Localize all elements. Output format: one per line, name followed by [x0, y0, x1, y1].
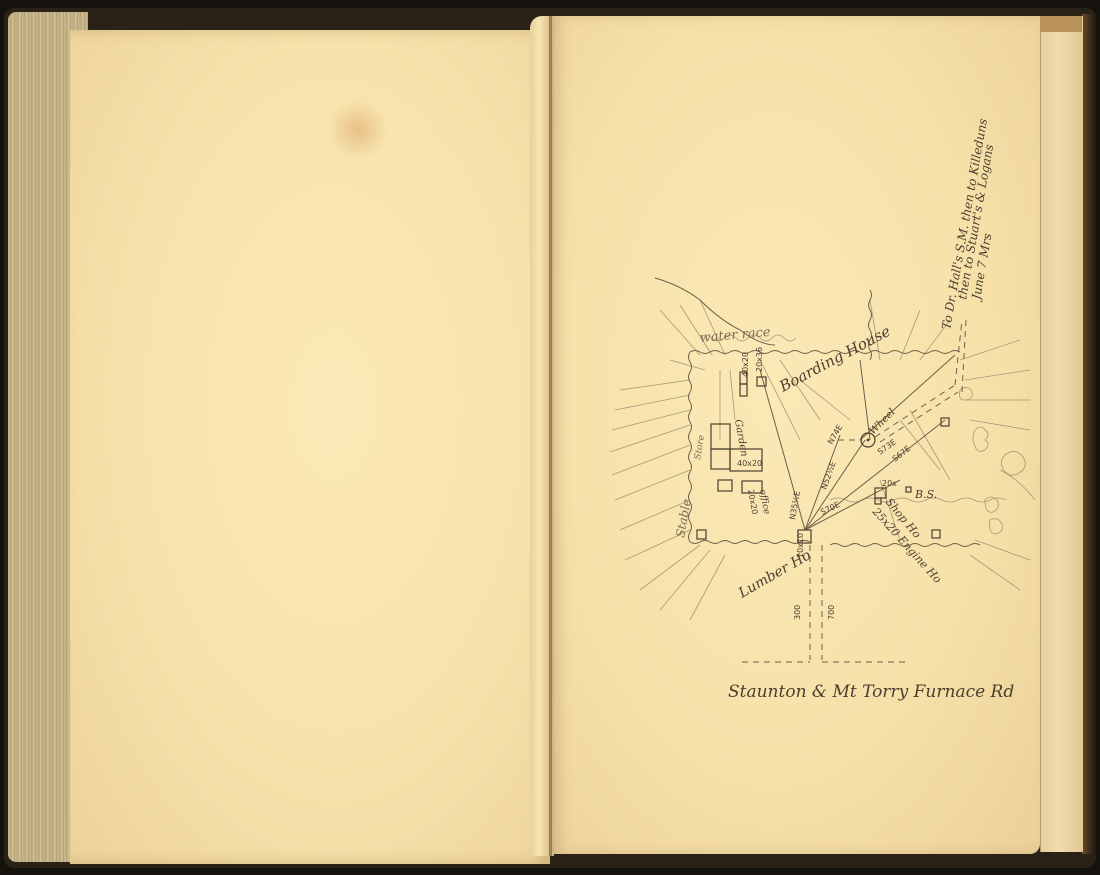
dim-40x20: 40x20 [737, 459, 762, 468]
open-notebook: Boarding House Stable Lumber Ho Shop Ho … [0, 0, 1100, 875]
building-boarding [757, 377, 766, 386]
tree-clumps [960, 387, 1036, 534]
label-stable: Stable [673, 498, 694, 539]
label-boarding-house: Boarding House [776, 322, 894, 396]
building-bs [906, 487, 911, 492]
dim-lumber: 10x10 [796, 533, 805, 558]
label-bs: B.S. [914, 488, 937, 501]
road-label: Staunton & Mt Torry Furnace Rd [728, 682, 1014, 702]
label-garden-small: Store [693, 434, 707, 460]
boundary-bottom-left [690, 541, 810, 544]
dim-boarding-b: 20x36 [755, 347, 764, 372]
label-wheel: Wheel [867, 407, 897, 437]
building-se [932, 530, 940, 538]
bearing-3: N74E [826, 423, 844, 446]
bearing-4: S70E [819, 500, 841, 517]
hill-hatching [610, 300, 1030, 620]
label-water-race: water race [699, 325, 771, 346]
road-distance-700: 700 [827, 605, 836, 620]
dim-shop: 20x [882, 479, 897, 488]
road-distance-300: 300 [793, 605, 802, 620]
bearing-2: N52½E [819, 460, 837, 490]
building-bh-b [740, 384, 747, 396]
well-center [867, 439, 870, 442]
label-garden: Garden [732, 419, 749, 458]
building-stable [697, 530, 706, 539]
building-store-upper [711, 424, 730, 449]
building-small-left [718, 480, 732, 491]
hand-drawn-site-map: Boarding House Stable Lumber Ho Shop Ho … [0, 0, 1100, 875]
building-store-lower [711, 449, 730, 469]
dim-boarding-a: 40x20 [741, 352, 750, 377]
bearing-1: N35½E [788, 490, 802, 520]
